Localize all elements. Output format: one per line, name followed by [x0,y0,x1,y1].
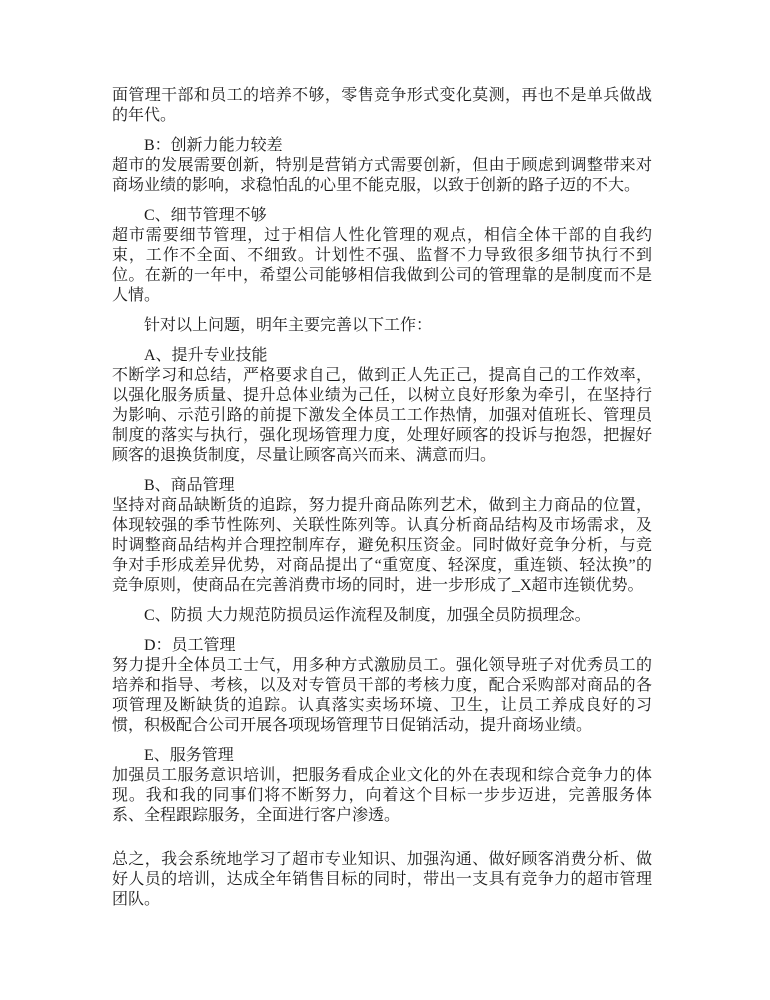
paragraph-staff-management: 努力提升全体员工士气，用多种方式激励员工。强化领导班子对优秀员工的培养和指导、考… [112,656,652,736]
heading-b-merchandise-management: B、商品管理 [112,476,652,496]
paragraph-merchandise-management: 坚持对商品缺断货的追踪，努力提升商品陈列艺术，做到主力商品的位置，体现较强的季节… [112,496,652,596]
paragraph-next-year-plan-intro: 针对以上问题，明年主要完善以下工作： [112,316,652,336]
paragraph-training-shortfall: 面管理干部和员工的培养不够，零售竞争形式变化莫测，再也不是单兵做战的年代。 [112,86,652,126]
document-page: 面管理干部和员工的培养不够，零售竞争形式变化莫测，再也不是单兵做战的年代。 B：… [0,0,770,1000]
paragraph-detail-management: 超市需要细节管理，过于相信人性化管理的观点，相信全体干部的自我约束，工作不全面、… [112,226,652,306]
heading-c-detail-management: C、细节管理不够 [112,206,652,226]
paragraph-service-management: 加强员工服务意识培训，把服务看成企业文化的外在表现和综合竞争力的体现。我和我的同… [112,766,652,826]
heading-e-service-management: E、服务管理 [112,746,652,766]
heading-a-professional-skills: A、提升专业技能 [112,346,652,366]
paragraph-conclusion: 总之，我会系统地学习了超市专业知识、加强沟通、做好顾客消费分析、做好人员的培训，… [112,850,652,910]
heading-d-staff-management: D：员工管理 [112,636,652,656]
heading-c-loss-prevention: C、防损 大力规范防损员运作流程及制度，加强全员防损理念。 [112,606,652,626]
paragraph-innovation: 超市的发展需要创新，特别是营销方式需要创新，但由于顾虑到调整带来对商场业绩的影响… [112,156,652,196]
paragraph-professional-skills: 不断学习和总结，严格要求自己，做到正人先正己，提高自己的工作效率，以强化服务质量… [112,366,652,466]
heading-b-innovation: B：创新力能力较差 [112,136,652,156]
